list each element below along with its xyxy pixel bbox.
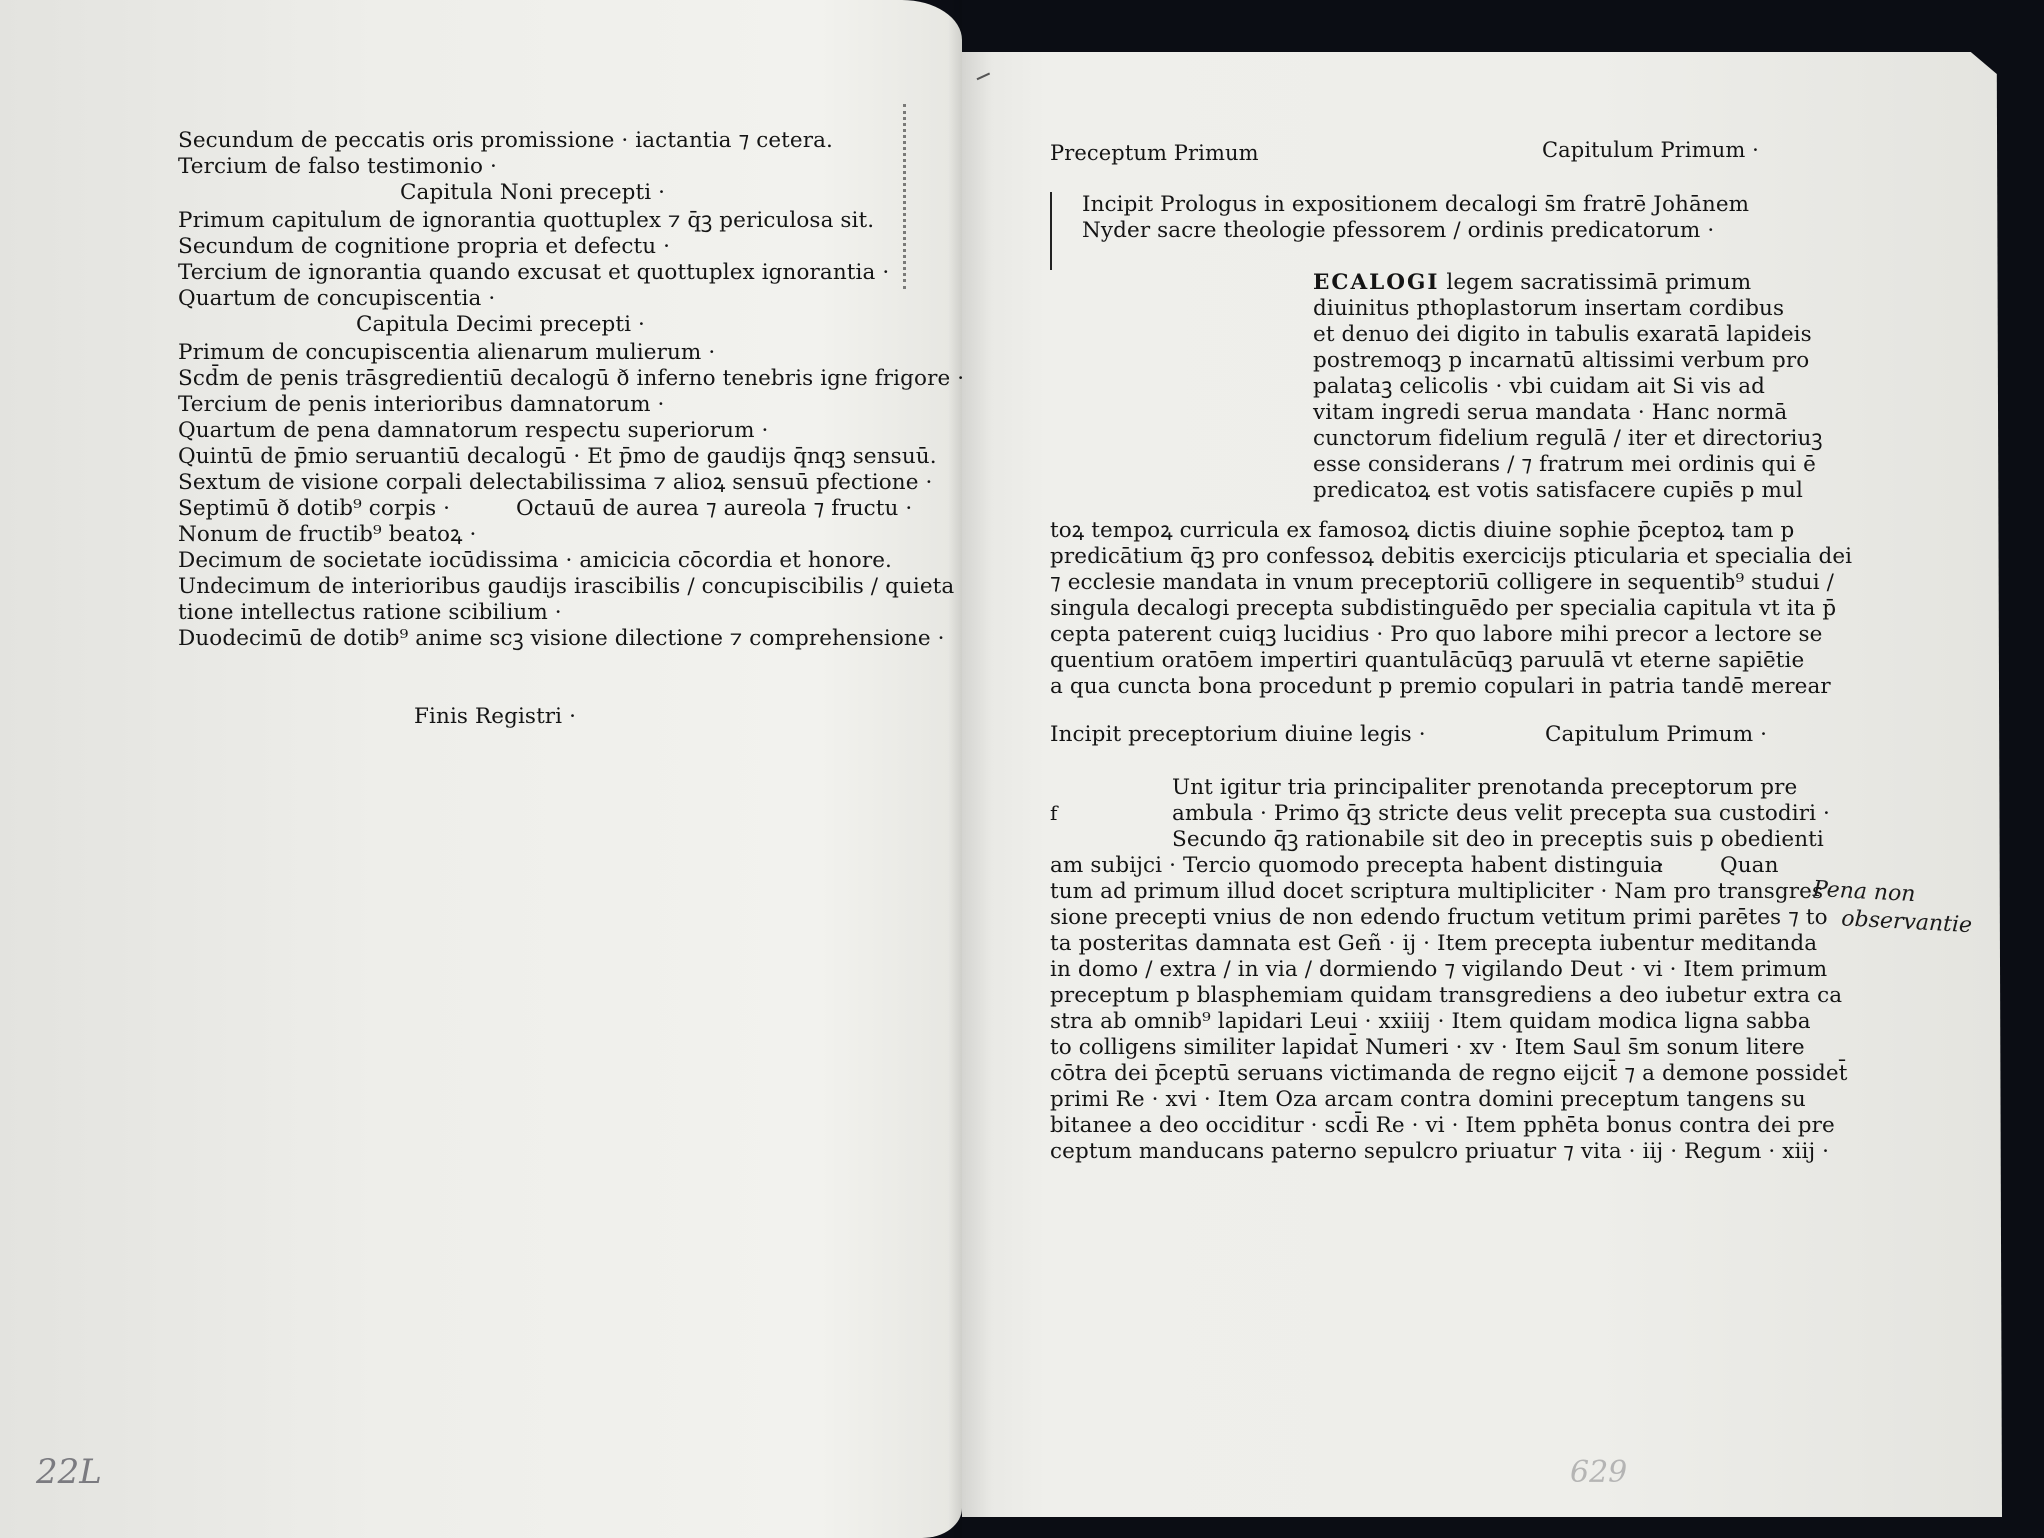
running-head-right: Capitulum Primum · (1542, 137, 1759, 163)
text-line: esse considerans / ⁊ fratrum mei ordinis… (1313, 452, 1823, 478)
text-line: predicatoꝝ est votis satisfacere cupiēs … (1313, 478, 1823, 504)
text-line: Tercium de penis interioribus damnatorum… (178, 392, 964, 418)
text-line: Undecimum de interioribus gaudijs irasci… (178, 574, 964, 600)
chapter-indented-block: Unt igitur tria principaliter prenotanda… (1172, 775, 1830, 853)
chapter-number-heading: Capitulum Primum · (1545, 722, 1767, 748)
text-line: in domo / extra / in via / dormiendo ⁊ v… (1050, 957, 1847, 983)
section-heading-decimum: Capitula Decimi precepti · (178, 312, 964, 340)
text-line: Quintū de p̄mio seruantiū decalogū · Et … (178, 444, 964, 470)
text-line: Scd̄m de penis trāsgredientiū decalogū ð… (178, 366, 964, 392)
text-line: vitam ingredi serua mandata · Hanc normā (1313, 400, 1823, 426)
text-line: Nonum de fructib⁹ beatoꝝ · (178, 522, 964, 548)
register-table-of-chapters: Secundum de peccatis oris promissione · … (178, 128, 964, 730)
text-line: Primum de concupiscentia alienarum mulie… (178, 340, 964, 366)
text-line: bitanee a deo occiditur · scd̄i Re · vi … (1050, 1113, 1847, 1139)
text-line: postremoqꝫ p incarnatū altissimi verbum … (1313, 348, 1823, 374)
prologue-full-width-block: toꝝ tempoꝝ curricula ex famosoꝝ dictis d… (1050, 518, 1852, 700)
running-head-left: Preceptum Primum (1050, 140, 1259, 166)
text-line: singula decalogi precepta subdistinguēdo… (1050, 596, 1852, 622)
text-line: Secundum de cognitione propria et defect… (178, 234, 964, 260)
text-line: to colligens similiter lapidat̄ Numeri ·… (1050, 1035, 1847, 1061)
text-line: tione intellectus ratione scibilium · (178, 600, 964, 626)
text-line: diuinitus pthoplastorum insertam cordibu… (1313, 296, 1823, 322)
septimum-entry: Septimū ð dotib⁹ corpis · (178, 496, 450, 521)
text-line: Secundo q̄ꝫ rationabile sit deo in prece… (1172, 827, 1830, 853)
text-segment: am subijci · Tercio quomodo precepta hab… (1050, 853, 1664, 878)
text-line-tercio: am subijci · Tercio quomodo precepta hab… (1050, 853, 1847, 879)
text-line: Quartum de concupiscentia · (178, 286, 964, 312)
text-line: legem sacratissimā primum (1439, 270, 1751, 295)
text-line: primi Re · xvi · Item Oza arcam contra d… (1050, 1087, 1847, 1113)
text-line: Duodecimū de dotib⁹ anime scꝫ visione di… (178, 626, 964, 652)
text-line: cepta paterent cuiqꝫ lucidius · Pro quo … (1050, 622, 1852, 648)
text-line: et denuo dei digito in tabulis exaratā l… (1313, 322, 1823, 348)
text-line: sione precepti vnius de non edendo fruct… (1050, 905, 1847, 931)
text-line: Tercium de falso testimonio · (178, 154, 964, 180)
text-line: ceptum manducans paterno sepulcro priuat… (1050, 1139, 1847, 1165)
prologue-title: Incipit Prologus in expositionem decalog… (1082, 192, 1749, 244)
text-line: Decimum de societate iocūdissima · amici… (178, 548, 964, 574)
chapter-body-block: am subijci · Tercio quomodo precepta hab… (1050, 853, 1847, 1165)
text-line: Sextum de visione corpali delectabilissi… (178, 470, 964, 496)
text-line: a qua cuncta bona procedunt p premio cop… (1050, 674, 1852, 700)
text-line: ambula · Primo q̄ꝫ stricte deus velit pr… (1172, 801, 1830, 827)
decorated-initial: ECALOGI (1313, 270, 1439, 295)
text-line: Incipit Prologus in expositionem decalog… (1082, 192, 1749, 218)
text-line: Nyder sacre theologie pfessorem / ordini… (1082, 218, 1749, 244)
octavum-entry: Octauū de aurea ⁊ aureola ⁊ fructu · (516, 496, 912, 522)
text-line: Primum capitulum de ignorantia quottuple… (178, 208, 964, 234)
text-line: Secundum de peccatis oris promissione · … (178, 128, 964, 154)
text-line: quentium oratōem impertiri quantulācūqꝫ … (1050, 648, 1852, 674)
margin-bracket (1050, 192, 1052, 270)
handwritten-marginal-note: Pena non observantie (1811, 876, 1974, 940)
text-line: palataꝫ celicolis · vbi cuidam ait Si vi… (1313, 374, 1823, 400)
prologue-indented-block: ECALOGI legem sacratissimā primum diuini… (1313, 270, 1823, 504)
text-line-septimum-octavum: Septimū ð dotib⁹ corpis · Octauū de aure… (178, 496, 964, 522)
text-line: ⁊ ecclesie mandata in vnum preceptoriū c… (1050, 570, 1852, 596)
text-line: predicātium q̄ꝫ pro confessoꝝ debitis ex… (1050, 544, 1852, 570)
pencil-mark: 629 (1570, 1455, 1627, 1490)
text-line: Tercium de ignorantia quando excusat et … (178, 260, 964, 286)
text-line: cōtra dei p̄ceptū seruans victimanda de … (1050, 1061, 1847, 1087)
text-segment: Quan (1720, 853, 1779, 879)
text-line-with-initial: ECALOGI legem sacratissimā primum (1313, 270, 1823, 296)
paragraph-marker-a: a (1650, 853, 1663, 879)
text-line: cunctorum fidelium regulā / iter et dire… (1313, 426, 1823, 452)
finis-registri: Finis Registri · (178, 704, 964, 730)
text-line: ta posteritas damnata est Geñ · ij · Ite… (1050, 931, 1847, 957)
text-line: Unt igitur tria principaliter prenotanda… (1172, 775, 1830, 801)
text-line: tum ad primum illud docet scriptura mult… (1050, 879, 1847, 905)
text-line: toꝝ tempoꝝ curricula ex famosoꝝ dictis d… (1050, 518, 1852, 544)
gutter-shadow (962, 52, 992, 1517)
text-line: Quartum de pena damnatorum respectu supe… (178, 418, 964, 444)
pencil-folio-number: 22L (36, 1452, 102, 1492)
guide-letter: f (1050, 800, 1058, 826)
text-line: stra ab omnib⁹ lapidari Leui · xxiiij · … (1050, 1009, 1847, 1035)
chapter-heading: Incipit preceptorium diuine legis · (1050, 722, 1426, 748)
section-heading-nonum: Capitula Noni precepti · (178, 180, 964, 208)
book-photograph: Secundum de peccatis oris promissione · … (0, 0, 2044, 1538)
text-line: preceptum p blasphemiam quidam transgred… (1050, 983, 1847, 1009)
